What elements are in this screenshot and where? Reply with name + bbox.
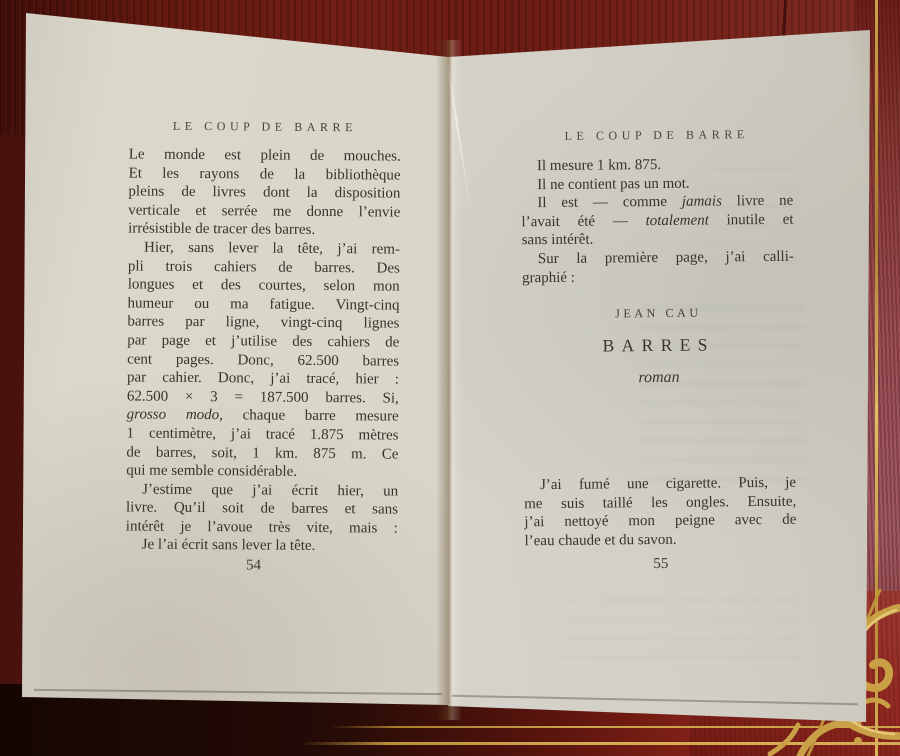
genre-label: roman — [523, 368, 795, 389]
right-page-body-bottom: J’ai fumé une cigarette. Puis, jeme suis… — [524, 474, 797, 551]
text-line: j’ai nettoyé mon peigne avec de — [524, 511, 796, 532]
text-line: graphié : — [522, 266, 794, 287]
running-header-right: LE COUP DE BARRE — [521, 127, 793, 145]
author-name: JEAN CAU — [522, 305, 794, 323]
page-number-right: 55 — [525, 555, 797, 575]
right-page-text-layer: LE COUP DE BARRE Il mesure 1 km. 875.Il … — [0, 0, 900, 756]
right-page-body-top: Il mesure 1 km. 875.Il ne contient pas u… — [521, 155, 794, 288]
text-line: Il est — comme jamais livre ne — [521, 192, 793, 213]
text-line: l’eau chaude et du savon. — [524, 529, 796, 550]
text-line: l’avait été — totalement inutile et — [521, 210, 793, 231]
book-title: BARRES — [523, 334, 795, 358]
text-line: Sur la première page, j’ai calli- — [522, 248, 794, 269]
open-book-photo: LE COUP DE BARRE Le monde est plein de m… — [0, 0, 900, 756]
text-line: J’ai fumé une cigarette. Puis, je — [524, 474, 796, 495]
